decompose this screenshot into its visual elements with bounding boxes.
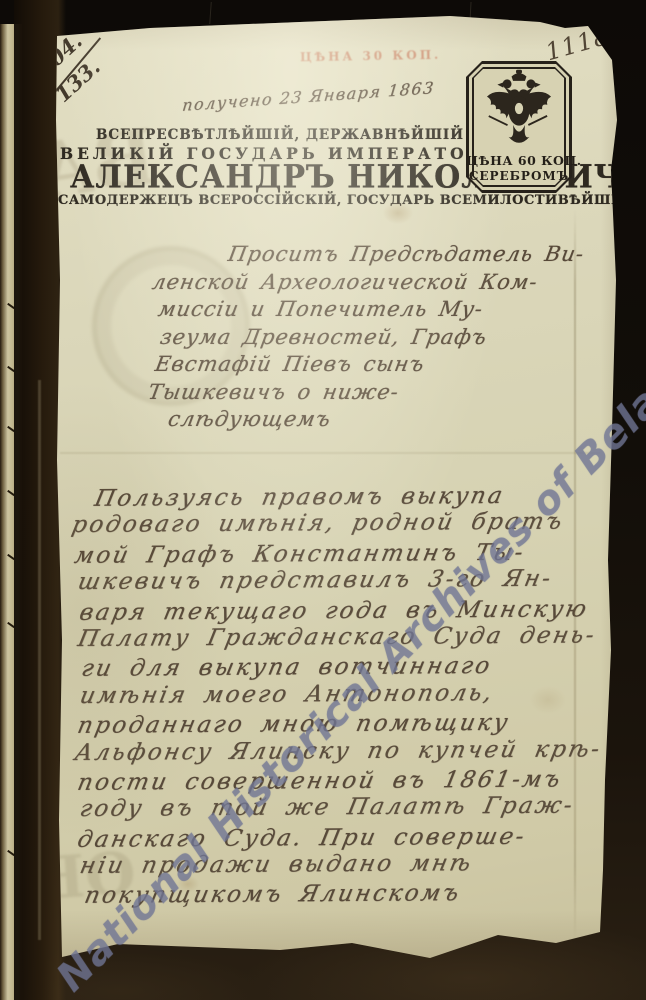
double-headed-eagle-icon bbox=[481, 69, 557, 151]
petition-intro-line: Проситъ Предсѣдатель Ви- bbox=[226, 242, 587, 270]
petition-body-line: родоваго имѣнія, родной братъ bbox=[69, 509, 604, 541]
vertical-crease bbox=[574, 210, 576, 940]
corner-page-number: 1118 bbox=[542, 22, 612, 67]
revenue-stamp: ЦѢНА 60 КОП. СЕРЕБРОМЪ bbox=[466, 61, 572, 193]
petition-body-line: Палату Гражданскаго Суда день- bbox=[75, 622, 604, 654]
petition-intro-line: зеума Древностей, Графъ bbox=[158, 325, 587, 353]
stamp-price-text: ЦѢНА 60 КОП. bbox=[466, 153, 572, 168]
photo-background: ВА ОВ 504. 133. Р. ЦѢНА 30 КОП. получено… bbox=[0, 0, 646, 1000]
petition-body-line: шкевичъ представилъ 3-го Ян- bbox=[75, 566, 604, 598]
letterhead-emperor-name: АЛЕКСАНДРЪ НИКОЛАЕВИЧЪ, bbox=[70, 159, 510, 196]
red-price-stamp: ЦѢНА 30 КОП. bbox=[300, 48, 441, 64]
petition-intro-line: миссіи и Попечитель Му- bbox=[156, 297, 587, 325]
letterhead-line-4: САМОДЕРЖЕЦЪ ВСЕРОССІЙСКІЙ, ГОСУДАРЬ ВСЕМ… bbox=[58, 193, 520, 208]
petition-intro-block: Проситъ Предсѣдатель Ви- ленской Археоло… bbox=[145, 242, 584, 435]
petition-body-block: Пользуясь правомъ выкупа родоваго имѣнія… bbox=[70, 484, 601, 910]
underlying-sheet-edge bbox=[38, 380, 41, 940]
petition-body-line: покупщикомъ Ялинскомъ bbox=[82, 880, 604, 912]
petition-body-line: ніи продажи выдано мнѣ bbox=[77, 849, 604, 881]
petition-body-line: Альфонсу Ялинску по купчей крѣ- bbox=[72, 736, 604, 768]
petition-intro-line: слѣдующемъ bbox=[166, 407, 587, 435]
petition-body-line: году въ той же Палатѣ Граж- bbox=[77, 793, 604, 825]
received-date-note: получено 23 Января 1863 bbox=[181, 76, 462, 115]
petition-intro-line: ленской Археологической Ком- bbox=[150, 270, 587, 298]
stamp-currency-text: СЕРЕБРОМЪ bbox=[466, 169, 572, 183]
background-scratch bbox=[209, 2, 212, 24]
letterhead-line-1: ВСЕПРЕСВѢТЛѢЙШІЙ, ДЕРЖАВНѢЙШІЙ bbox=[70, 127, 490, 143]
horizontal-crease bbox=[60, 452, 600, 454]
petition-intro-line: Тышкевичъ о ниже- bbox=[146, 380, 587, 408]
petition-body-line: имѣнія моего Антонополь, bbox=[77, 679, 604, 711]
petition-intro-line: Евстафій Піевъ сынъ bbox=[153, 352, 587, 380]
document-page: ВА ОВ 504. 133. Р. ЦѢНА 30 КОП. получено… bbox=[0, 0, 646, 1000]
